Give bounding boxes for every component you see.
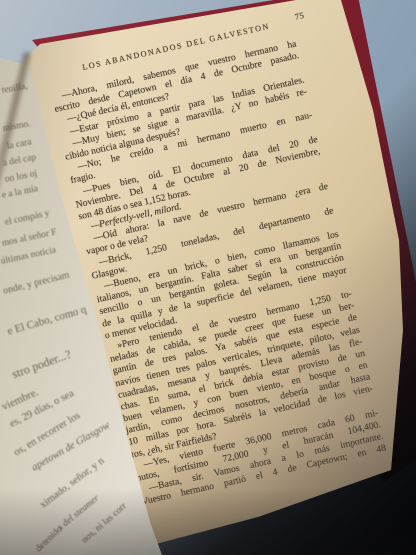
left-page-text-fragment: a del cap [2, 153, 37, 169]
left-page-text-fragment: e El Cabo, como q [6, 304, 88, 338]
left-page-text-fragment: onde, y precisam [2, 270, 71, 297]
left-page-text-fragment: detenido [34, 524, 64, 554]
left-page-text-fragment: on los oj [4, 169, 38, 185]
left-page-text-fragment: stro poder...? [10, 347, 73, 382]
left-page-text-fragment: e a la mía [1, 184, 39, 201]
book-photo: LOS ABANDONADOS DEL GALVESTON 75 —Ahora,… [0, 0, 416, 555]
left-page-text-fragment: el compás y [4, 209, 50, 228]
left-page-text-fragment: últimas noticia [0, 245, 57, 266]
